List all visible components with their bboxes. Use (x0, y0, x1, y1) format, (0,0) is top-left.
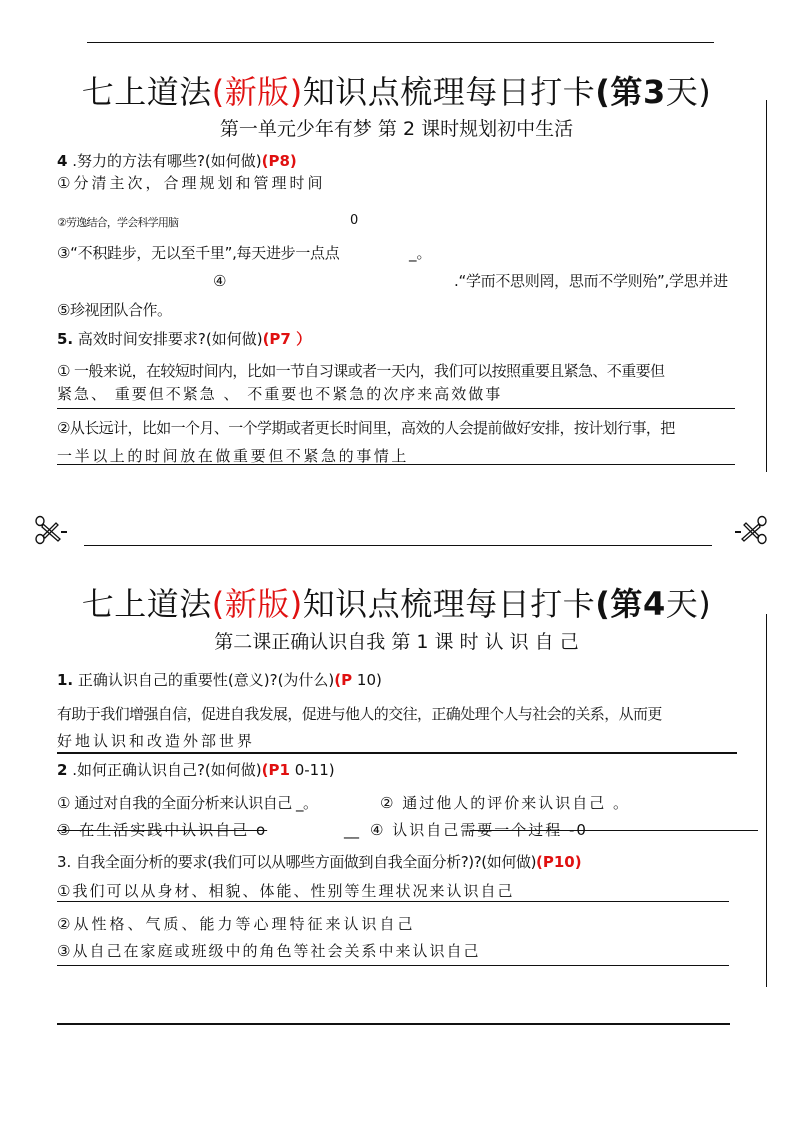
title-highlight: (新版) (212, 73, 303, 111)
question-number: 3. (57, 853, 71, 871)
title-day-open: (第 (595, 73, 643, 111)
day3-title: 七上道法(新版)知识点梳理每日打卡(第3天) (0, 72, 793, 112)
q4-item-4-text: .“学而不思则罔，思而不学则殆”,学思并进 (454, 271, 728, 291)
question-text: .如何正确认识自己?(如何做) (67, 761, 261, 779)
q4-item-2-blank: 0 (350, 211, 358, 231)
question-text: .努力的方法有哪些?(如何做) (67, 152, 261, 170)
title-day-close: 天) (666, 73, 712, 111)
q5-item-2-line-2: 一半以上的时间放在做重要但不紧急的事情上 (57, 446, 409, 466)
q5-item-1-line-1: ① 一般来说，在较短时间内，比如一节自习课或者一天内，我们可以按照重要且紧急、不… (57, 361, 664, 381)
day3-subtitle: 第一单元少年有梦 第 2 课时规划初中生活 (0, 116, 793, 142)
q4-item-5: ⑤珍视团队合作。 (57, 300, 171, 320)
q5-item-2-line-1: ②从长远计，比如一个月、一个学期或者更长时间里，高效的人会提前做好安排，按计划行… (57, 418, 675, 438)
question-3-heading: 3. 自我全面分析的要求(我们可以从哪些方面做到自我全面分析?)?(如何做)(P… (57, 852, 582, 872)
answer-underline (57, 965, 729, 966)
q3-item-3: ③从自己在家庭或班级中的角色等社会关系中来认识自己 (57, 941, 480, 961)
title-day-open: (第 (595, 585, 643, 623)
answer-underline (57, 464, 735, 465)
cut-line (84, 545, 712, 546)
page-ref: (P10) (536, 853, 582, 871)
question-number: 4 (57, 152, 67, 170)
q2-item-3: ③ 在生活实践中认识自己 o (57, 820, 267, 840)
q4-item-3: ③“不积跬步，无以至千里”,每天进步一点点 (57, 243, 339, 263)
q2-item-1: ① 通过对自我的全面分析来认识自己 _。 (57, 793, 318, 813)
question-5-heading: 5. 高效时间安排要求?(如何做)(P7 ） (57, 329, 311, 349)
question-text: 正确认识自己的重要性(意义)?(为什么) (73, 671, 334, 689)
title-day-close: 天) (666, 585, 712, 623)
q1-item-line-1: 有助于我们增强自信，促进自我发展，促进与他人的交往，正确处理个人与社会的关系，从… (57, 704, 662, 724)
page-ref: (P7 ） (263, 330, 312, 348)
q5-item-1-line-2: 紧急、 重要但不紧急 、 不重要也不紧急的次序来高效做事 (57, 384, 502, 404)
question-text: 自我全面分析的要求(我们可以从哪些方面做到自我全面分析?)?(如何做) (71, 853, 536, 871)
page-ref-rest: 10) (352, 671, 382, 689)
page-ref: (P8) (262, 152, 297, 170)
page-ref: (P1 (262, 761, 290, 779)
q4-item-4-number: ④ (213, 271, 226, 291)
q4-item-3-blank: _。 (409, 243, 432, 263)
page-ref-rest: 0-11) (290, 761, 335, 779)
question-1-heading: 1. 正确认识自己的重要性(意义)?(为什么)(P 10) (57, 670, 382, 690)
title-prefix: 七上道法 (82, 73, 212, 111)
strike-line (470, 830, 758, 831)
question-2-heading: 2 .如何正确认识自己?(如何做)(P1 0-11) (57, 760, 335, 780)
scissors-icon (34, 515, 68, 545)
answer-underline (57, 408, 735, 409)
q1-item-line-2: 好地认识和改造外部世界 (57, 731, 255, 751)
answer-underline (57, 901, 729, 902)
title-prefix: 七上道法 (82, 585, 212, 623)
q3-item-1: ①我们可以从身材、相貌、体能、性别等生理状况来认识自己 (57, 881, 514, 901)
q3-item-2: ②从性格、气质、能力等心理特征来认识自己 (57, 914, 415, 934)
q4-item-1: ①分清主次，合理规划和管理时间 (57, 173, 325, 193)
title-middle: 知识点梳理每日打卡 (303, 73, 596, 111)
scissors-icon (734, 515, 768, 545)
question-number: 5. (57, 330, 73, 348)
title-highlight: (新版) (212, 585, 303, 623)
q2-item-2: ② 通过他人的评价来认识自己 。 (380, 793, 630, 813)
question-number: 2 (57, 761, 67, 779)
right-margin-line (766, 614, 767, 987)
title-day-num: 4 (643, 585, 666, 623)
day4-subtitle: 第二课正确认识自我 第 1 课 时 认 识 自 己 (0, 629, 793, 655)
answer-underline (57, 752, 737, 754)
title-middle: 知识点梳理每日打卡 (303, 585, 596, 623)
day4-title: 七上道法(新版)知识点梳理每日打卡(第4天) (0, 584, 793, 624)
title-day-num: 3 (643, 73, 666, 111)
question-4-heading: 4 .努力的方法有哪些?(如何做)(P8) (57, 151, 297, 171)
question-number: 1. (57, 671, 73, 689)
right-margin-line (766, 100, 767, 472)
q4-item-2: ②劳逸结合，学会科学用脑 (57, 213, 178, 233)
top-rule (87, 42, 714, 43)
question-text: 高效时间安排要求?(如何做) (73, 330, 262, 348)
page-ref: (P (334, 671, 352, 689)
bottom-rule (57, 1023, 730, 1025)
q2-item-3-blank: __ (344, 820, 359, 840)
